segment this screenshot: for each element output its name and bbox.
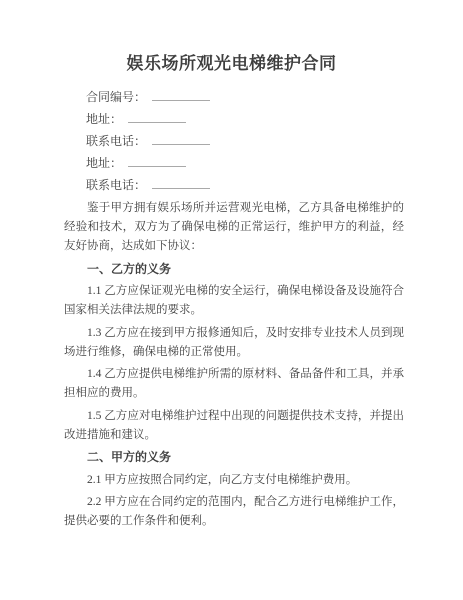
contract-paragraph: 1.3 乙方应在接到甲方报修通知后，及时安排专业技术人员到现场进行维修，确保电梯…	[64, 324, 404, 362]
header-field-row: 联系电话：	[64, 174, 404, 196]
header-field-row: 合同编号：	[64, 86, 404, 108]
contract-paragraph: 2.2 甲方应在合同约定的范围内，配合乙方进行电梯维护工作，提供必要的工作条件和…	[64, 493, 404, 531]
document-title: 娱乐场所观光电梯维护合同	[0, 0, 463, 75]
contract-paragraph: 1.1 乙方应保证观光电梯的安全运行，确保电梯设备及设施符合国家相关法律法规的要…	[64, 282, 404, 320]
contract-number-blank-line	[152, 134, 210, 145]
contract-paragraph: 1.5 乙方应对电梯维护过程中出现的问题提供技术支持，并提出改进措施和建议。	[64, 407, 404, 445]
header-field-label: 地址：	[86, 156, 122, 170]
contract-number-blank-line	[152, 178, 210, 189]
header-field-label: 联系电话：	[86, 178, 146, 192]
header-field-row: 地址：	[64, 152, 404, 174]
contract-paragraph: 鉴于甲方拥有娱乐场所并运营观光电梯，乙方具备电梯维护的经验和技术，双方为了确保电…	[64, 199, 404, 256]
header-field-row: 联系电话：	[64, 130, 404, 152]
header-field-label: 合同编号：	[86, 90, 146, 104]
contract-header-fields: 合同编号： 地址： 联系电话： 地址： 联系电话：	[64, 86, 404, 196]
contract-document-page: 娱乐场所观光电梯维护合同 合同编号： 地址： 联系电话： 地址： 联系电话： 鉴…	[0, 0, 463, 600]
header-field-row: 地址：	[64, 108, 404, 130]
section-heading: 一、乙方的义务	[64, 260, 404, 279]
contract-paragraph: 1.4 乙方应提供电梯维护所需的原材料、备品备件和工具，并承担相应的费用。	[64, 365, 404, 403]
section-heading: 二、甲方的义务	[64, 448, 404, 467]
contract-paragraph: 2.1 甲方应按照合同约定，向乙方支付电梯维护费用。	[64, 471, 404, 490]
contract-number-blank-line	[152, 90, 210, 101]
contract-number-blank-line	[128, 156, 186, 167]
contract-number-blank-line	[128, 112, 186, 123]
header-field-label: 地址：	[86, 112, 122, 126]
header-field-label: 联系电话：	[86, 134, 146, 148]
contract-body: 鉴于甲方拥有娱乐场所并运营观光电梯，乙方具备电梯维护的经验和技术，双方为了确保电…	[64, 199, 404, 531]
